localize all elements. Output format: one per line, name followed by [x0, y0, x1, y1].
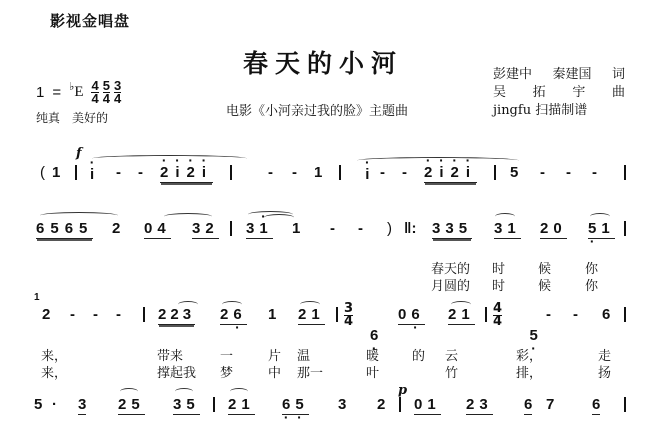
- time-sig-3: 34: [114, 80, 121, 105]
- dash: -: [70, 306, 75, 323]
- dynamic-forte: f: [76, 146, 82, 161]
- note-group: 20: [540, 220, 567, 239]
- lyric: 的: [412, 345, 425, 364]
- note-group: 21: [298, 306, 325, 325]
- note-group: 335: [432, 220, 472, 239]
- barline: [143, 307, 145, 322]
- note: 6: [524, 396, 532, 415]
- barline: [230, 221, 232, 236]
- note: 7: [546, 396, 554, 413]
- note-group: 21: [448, 306, 475, 325]
- time-sig-2: 54: [103, 80, 110, 105]
- lyric: 撑起我: [157, 362, 196, 381]
- slur: [590, 213, 610, 220]
- barline: [75, 165, 77, 180]
- key-signature: 1 = ♭ E 44 54 34: [36, 80, 123, 105]
- lyric: 扬: [598, 362, 611, 381]
- lyric: 排，: [516, 362, 542, 381]
- dash: -: [330, 220, 335, 237]
- barline: [494, 165, 496, 180]
- barline: [624, 221, 626, 236]
- credits: 彭建中秦建国词 吴拓宇曲 jingfu 扫描制谱: [493, 66, 625, 120]
- note-group: 01: [414, 396, 441, 415]
- note: i: [365, 166, 369, 183]
- slur: [230, 388, 248, 395]
- note: 1: [314, 164, 322, 181]
- lyric: 竹: [445, 362, 458, 381]
- barline: [485, 307, 487, 322]
- note: 6: [592, 396, 600, 415]
- repeat-start: ‖:: [404, 220, 416, 237]
- barline: [213, 397, 215, 412]
- note-group: 31: [246, 220, 273, 239]
- dash: -: [116, 306, 121, 323]
- lyricist-line: 彭建中秦建国词: [493, 66, 625, 84]
- slur: [357, 157, 519, 164]
- note-group: 2i2i: [160, 164, 213, 183]
- note: 6: [370, 327, 378, 344]
- composer-line: 吴拓宇曲: [493, 84, 625, 102]
- note: 5: [529, 327, 537, 344]
- dash: -: [573, 306, 578, 323]
- note: 1: [292, 220, 300, 237]
- lyric: 月圆的: [431, 275, 470, 294]
- note: 5: [34, 396, 42, 413]
- barline: [336, 307, 338, 322]
- time-sig-change: 34: [344, 303, 353, 328]
- dash: -: [268, 164, 273, 181]
- note-group: 06: [398, 306, 425, 325]
- note-group: 65: [282, 396, 309, 415]
- barline: [399, 397, 401, 412]
- time-sig-change: 44: [493, 303, 502, 328]
- song-subtitle: 电影《小河亲过我的脸》主题曲: [226, 100, 408, 119]
- barline: [230, 165, 232, 180]
- note-group: 26: [220, 306, 247, 325]
- barline: [624, 165, 626, 180]
- lyric: 中: [268, 362, 281, 381]
- paren-close: ): [387, 220, 392, 237]
- note-group: 2i2i: [424, 164, 477, 183]
- note: 3: [78, 396, 86, 415]
- dynamic-piano: p: [398, 383, 407, 398]
- slur: [120, 388, 138, 395]
- lyric: 候: [538, 275, 551, 294]
- dash: -: [358, 220, 363, 237]
- dash: -: [93, 306, 98, 323]
- barline: [624, 307, 626, 322]
- lyric: 叶: [366, 362, 379, 381]
- key-one: 1: [36, 84, 44, 101]
- slur: [175, 388, 193, 395]
- dash: -: [592, 164, 597, 181]
- dash: -: [116, 164, 121, 181]
- note-group: 223: [158, 306, 195, 325]
- note-group: 35: [173, 396, 200, 415]
- note-group: 21: [228, 396, 255, 415]
- key-note: E: [74, 84, 83, 101]
- slur: [40, 212, 118, 219]
- note: 3: [338, 396, 346, 413]
- dash: -: [546, 306, 551, 323]
- dash: -: [540, 164, 545, 181]
- note-group: 04: [144, 220, 171, 239]
- volta-ending: 1: [34, 292, 40, 303]
- time-sig-1: 44: [91, 80, 98, 105]
- expression-mark: 纯真 美好的: [36, 109, 108, 126]
- note: 1: [52, 164, 60, 181]
- key-equals: =: [52, 84, 61, 101]
- note-group: 31: [494, 220, 521, 239]
- note-group: 6565: [36, 220, 93, 239]
- lyric: 来，: [41, 362, 67, 381]
- note: 5: [510, 164, 518, 181]
- slur: [495, 213, 515, 220]
- barline: [624, 397, 626, 412]
- series-title: 影视金唱盘: [50, 10, 130, 31]
- dash: -: [380, 164, 385, 181]
- note: 2: [112, 220, 120, 237]
- note: i: [90, 166, 94, 183]
- lyric: 时: [492, 275, 505, 294]
- flat-icon: ♭: [69, 80, 74, 93]
- slur: [164, 213, 212, 220]
- dash: -: [566, 164, 571, 181]
- dash: -: [138, 164, 143, 181]
- lyric: 梦: [220, 362, 233, 381]
- note-group: 25: [118, 396, 145, 415]
- note: 2: [377, 396, 385, 413]
- dash: -: [292, 164, 297, 181]
- note: 1: [268, 306, 276, 323]
- barline: [339, 165, 341, 180]
- note: 6: [602, 306, 610, 323]
- lyric: 你: [585, 275, 598, 294]
- dot-extension: ·: [52, 396, 57, 413]
- scan-credit: jingfu 扫描制谱: [493, 102, 625, 120]
- paren-open: (: [40, 164, 45, 181]
- note-group: 32: [192, 220, 219, 239]
- dash: -: [402, 164, 407, 181]
- note-group: 23: [466, 396, 493, 415]
- note: 2: [42, 306, 50, 323]
- note-group: 51: [588, 220, 615, 239]
- lyric: 那一: [297, 362, 323, 381]
- song-title: 春天的小河: [243, 44, 403, 80]
